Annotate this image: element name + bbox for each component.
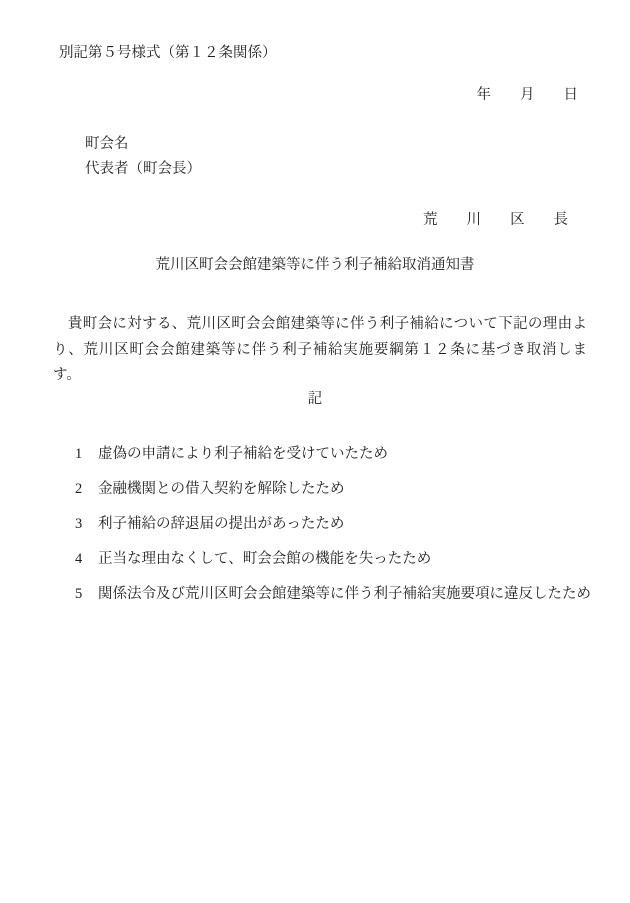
- date-line: 年 月 日: [477, 86, 579, 104]
- recipient-mayor-line: 荒 川 区 長: [423, 211, 568, 229]
- document-page: 別記第５号様式（第１２条関係） 年 月 日 町会名 代表者（町会長） 荒 川 区…: [0, 0, 630, 903]
- reason-text: 虚偽の申請により利子補給を受けていたため: [98, 446, 388, 462]
- reason-text: 正当な理由なくして、町会会館の機能を失ったため: [98, 551, 431, 567]
- reason-text: 関係法令及び荒川区町会会館建築等に伴う利子補給実施要項に違反したため: [98, 586, 591, 602]
- reason-number: 3: [75, 515, 89, 533]
- reason-text: 利子補給の辞退届の提出があったため: [98, 516, 344, 532]
- reason-number: 4: [75, 550, 89, 568]
- reason-item-5: 5関係法令及び荒川区町会会館建築等に伴う利子補給実施要項に違反したため: [75, 585, 591, 603]
- reason-number: 2: [75, 480, 89, 498]
- section-marker-ki: 記: [0, 390, 630, 408]
- reason-text: 金融機関との借入契約を解除したため: [98, 481, 345, 497]
- form-number: 別記第５号様式（第１２条関係）: [59, 44, 277, 62]
- reason-item-2: 2金融機関との借入契約を解除したため: [75, 480, 345, 498]
- body-paragraph: 貴町会に対する、荒川区町会会館建築等に伴う利子補給について下記の理由より、荒川区…: [53, 312, 587, 389]
- association-name-label: 町会名: [85, 135, 201, 153]
- reason-number: 1: [75, 445, 89, 463]
- reason-item-1: 1虚偽の申請により利子補給を受けていたため: [75, 445, 388, 463]
- reason-item-3: 3利子補給の辞退届の提出があったため: [75, 515, 344, 533]
- representative-label: 代表者（町会長）: [85, 160, 201, 178]
- document-title: 荒川区町会会館建築等に伴う利子補給取消通知書: [0, 256, 630, 274]
- reason-number: 5: [75, 585, 89, 603]
- addressee-block: 町会名 代表者（町会長）: [85, 135, 201, 185]
- reason-item-4: 4正当な理由なくして、町会会館の機能を失ったため: [75, 550, 431, 568]
